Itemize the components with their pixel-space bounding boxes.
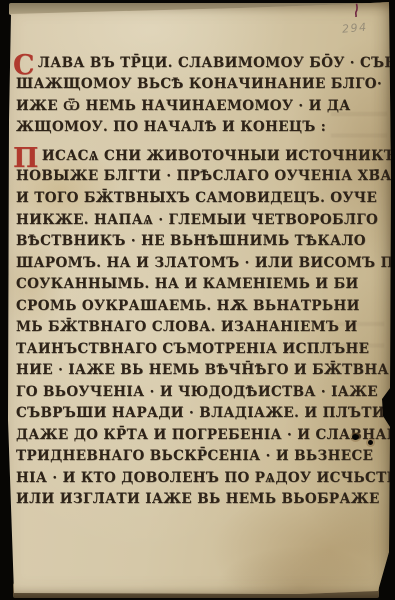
line-text: НИКЖЕ. НАПАѦ · ГЛ̄ЕМЫИ ЧЕТВОРОБЛ̄ГО [16,212,378,228]
line-text: ЖЩОМОУ. ПО НАЧАЛѢ И КОНЕЦЪ : [16,119,326,135]
text-line: И ТОГО БЖ̄ТВНЫХЪ САМОВИДЕЦЪ. ОУЧЕ [16,190,377,206]
text-line: ИЛИ ИЗГЛ̄АТИ ІАЖЕ ВЬ НЕМЬ ВЬОБРАЖЕ [16,491,380,507]
rubric-initial: С [13,61,35,71]
text-line: СОУКАННЫМЬ. НА И КАМЕНІЕМЬ И БИ [16,276,359,292]
line-text: И ТОГО БЖ̄ТВНЫХЪ САМОВИДЕЦЪ. ОУЧЕ [16,190,377,206]
line-text: МЬ БЖ̄ТВНАГО СЛОВА. ИЗАНАНІЕМЪ И [16,319,358,335]
line-text: ТАИНЪСТВНАГО СЪМОТРЕНІА ИСПЛЪНЕ [16,341,369,357]
text-line: НИКЖЕ. НАПАѦ · ГЛ̄ЕМЫИ ЧЕТВОРОБЛ̄ГО [16,212,378,228]
text-line: МЬ БЖ̄ТВНАГО СЛОВА. ИЗАНАНІЕМЪ И [16,319,358,335]
text-line: НОВЫЖЕ БЛ̄ГТИ · ПРѢСЛАГО ОУЧЕНІА ХВ̄А. [16,168,395,184]
text-line: ТАИНЪСТВНАГО СЪМОТРЕНІА ИСПЛЪНЕ [16,341,369,357]
line-text: НИЕ · ІАЖЕ ВЬ НЕМЬ ВѢЧН̄ѢГО И БЖ̄ТВНА [16,362,389,378]
line-text: ВѢСТВНИКЪ · НЕ ВЬНѢШНИМЬ ТѢКАЛО [16,233,366,249]
line-text: НОВЫЖЕ БЛ̄ГТИ · ПРѢСЛАГО ОУЧЕНІА ХВ̄А. [16,168,395,184]
text-line: ЖЩОМОУ. ПО НАЧАЛѢ И КОНЕЦЪ : [16,119,326,135]
line-text: СРОМЬ ОУКРАШАЕМЬ. НѪ ВЬНАТРЬНИ [16,298,360,314]
line-text: ИЖЕ Ѿ НЕМЬ НАЧИНАЕМОМОУ · И ДА [16,98,351,114]
parchment-page: 294 СЛАВА ВЪ ТР̄ЦИ. СЛАВИМОМОУ БО̄У · СЪ… [0,0,395,600]
folio-number: 294 [342,19,383,35]
line-text: ТРИДНЕВНАГО ВЬСКР̄СЕНІА · И ВЬЗНЕСЕ [16,448,373,464]
line-text: ШАЖЩОМОУ ВЬСѢ КОНАЧИНАНИЕ БЛ̄ГО· [16,76,382,92]
text-line: ГО ВЬОУЧЕНІА · И ЧЮДОДѢИСТВА · ІАЖЕ [16,384,378,400]
manuscript-photo: 294 СЛАВА ВЪ ТР̄ЦИ. СЛАВИМОМОУ БО̄У · СЪ… [0,0,395,600]
line-text: ГО ВЬОУЧЕНІА · И ЧЮДОДѢИСТВА · ІАЖЕ [16,384,378,400]
text-line: ИЖЕ Ѿ НЕМЬ НАЧИНАЕМОМОУ · И ДА [16,98,351,114]
text-line: СРОМЬ ОУКРАШАЕМЬ. НѪ ВЬНАТРЬНИ [16,298,360,314]
text-line: НІА · И КТО ДОВОЛЕНЪ ПО РѦДОУ ИСЧЬСТИ [16,470,395,486]
text-line: ШАЖЩОМОУ ВЬСѢ КОНАЧИНАНИЕ БЛ̄ГО· [16,76,382,92]
line-text: ИЛИ ИЗГЛ̄АТИ ІАЖЕ ВЬ НЕМЬ ВЬОБРАЖЕ [16,491,380,507]
text-line: ВѢСТВНИКЪ · НЕ ВЬНѢШНИМЬ ТѢКАЛО [16,233,366,249]
line-text: НІА · И КТО ДОВОЛЕНЪ ПО РѦДОУ ИСЧЬСТИ [16,470,395,486]
line-text: СОУКАННЫМЬ. НА И КАМЕНІЕМЬ И БИ [16,276,359,292]
text-line: ПИСАСѦ СНИ ЖИВОТОЧНЫИ ИСТОЧНИКЪ [13,147,395,164]
worm-hole [368,440,373,445]
text-line: СЪВРЪШИ НАРАДИ · ВЛАДІАЖЕ. И ПЛЪТИ· [16,405,390,421]
text-line: ТРИДНЕВНАГО ВЬСКР̄СЕНІА · И ВЬЗНЕСЕ [16,448,373,464]
line-text: ДАЖЕ ДО КР̄ТА И ПОГРЕБЕНІА · И СЛАВНАГО [16,427,395,443]
text-line: ШАРОМЪ. НА И ЗЛАТОМЪ · ИЛИ ВИСОМЪ ПРѢ [16,255,395,271]
text-line: НИЕ · ІАЖЕ ВЬ НЕМЬ ВѢЧН̄ѢГО И БЖ̄ТВНА [16,362,389,378]
line-text: СЪВРЪШИ НАРАДИ · ВЛАДІАЖЕ. И ПЛЪТИ· [16,405,390,421]
worm-hole [352,434,359,440]
rubric-initial: П [13,154,39,164]
line-text: ШАРОМЪ. НА И ЗЛАТОМЪ · ИЛИ ВИСОМЪ ПРѢ [16,255,395,271]
text-line: СЛАВА ВЪ ТР̄ЦИ. СЛАВИМОМОУ БО̄У · СЪВРЪ [13,54,395,71]
text-line: ДАЖЕ ДО КР̄ТА И ПОГРЕБЕНІА · И СЛАВНАГО [16,427,395,443]
line-text: ЛАВА ВЪ ТР̄ЦИ. СЛАВИМОМОУ БО̄У · СЪВРЪ [38,55,395,71]
line-text: ИСАСѦ СНИ ЖИВОТОЧНЫИ ИСТОЧНИКЪ [42,148,395,164]
